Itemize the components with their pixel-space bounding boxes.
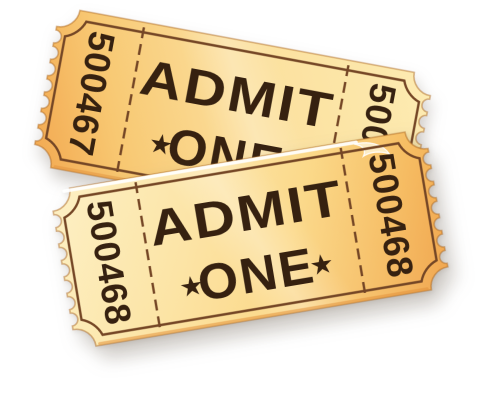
ticket-illustration: 500467 500467 ADMIT ★ ONE ★ <box>0 0 480 404</box>
star-icon-right: ★ <box>307 248 336 282</box>
